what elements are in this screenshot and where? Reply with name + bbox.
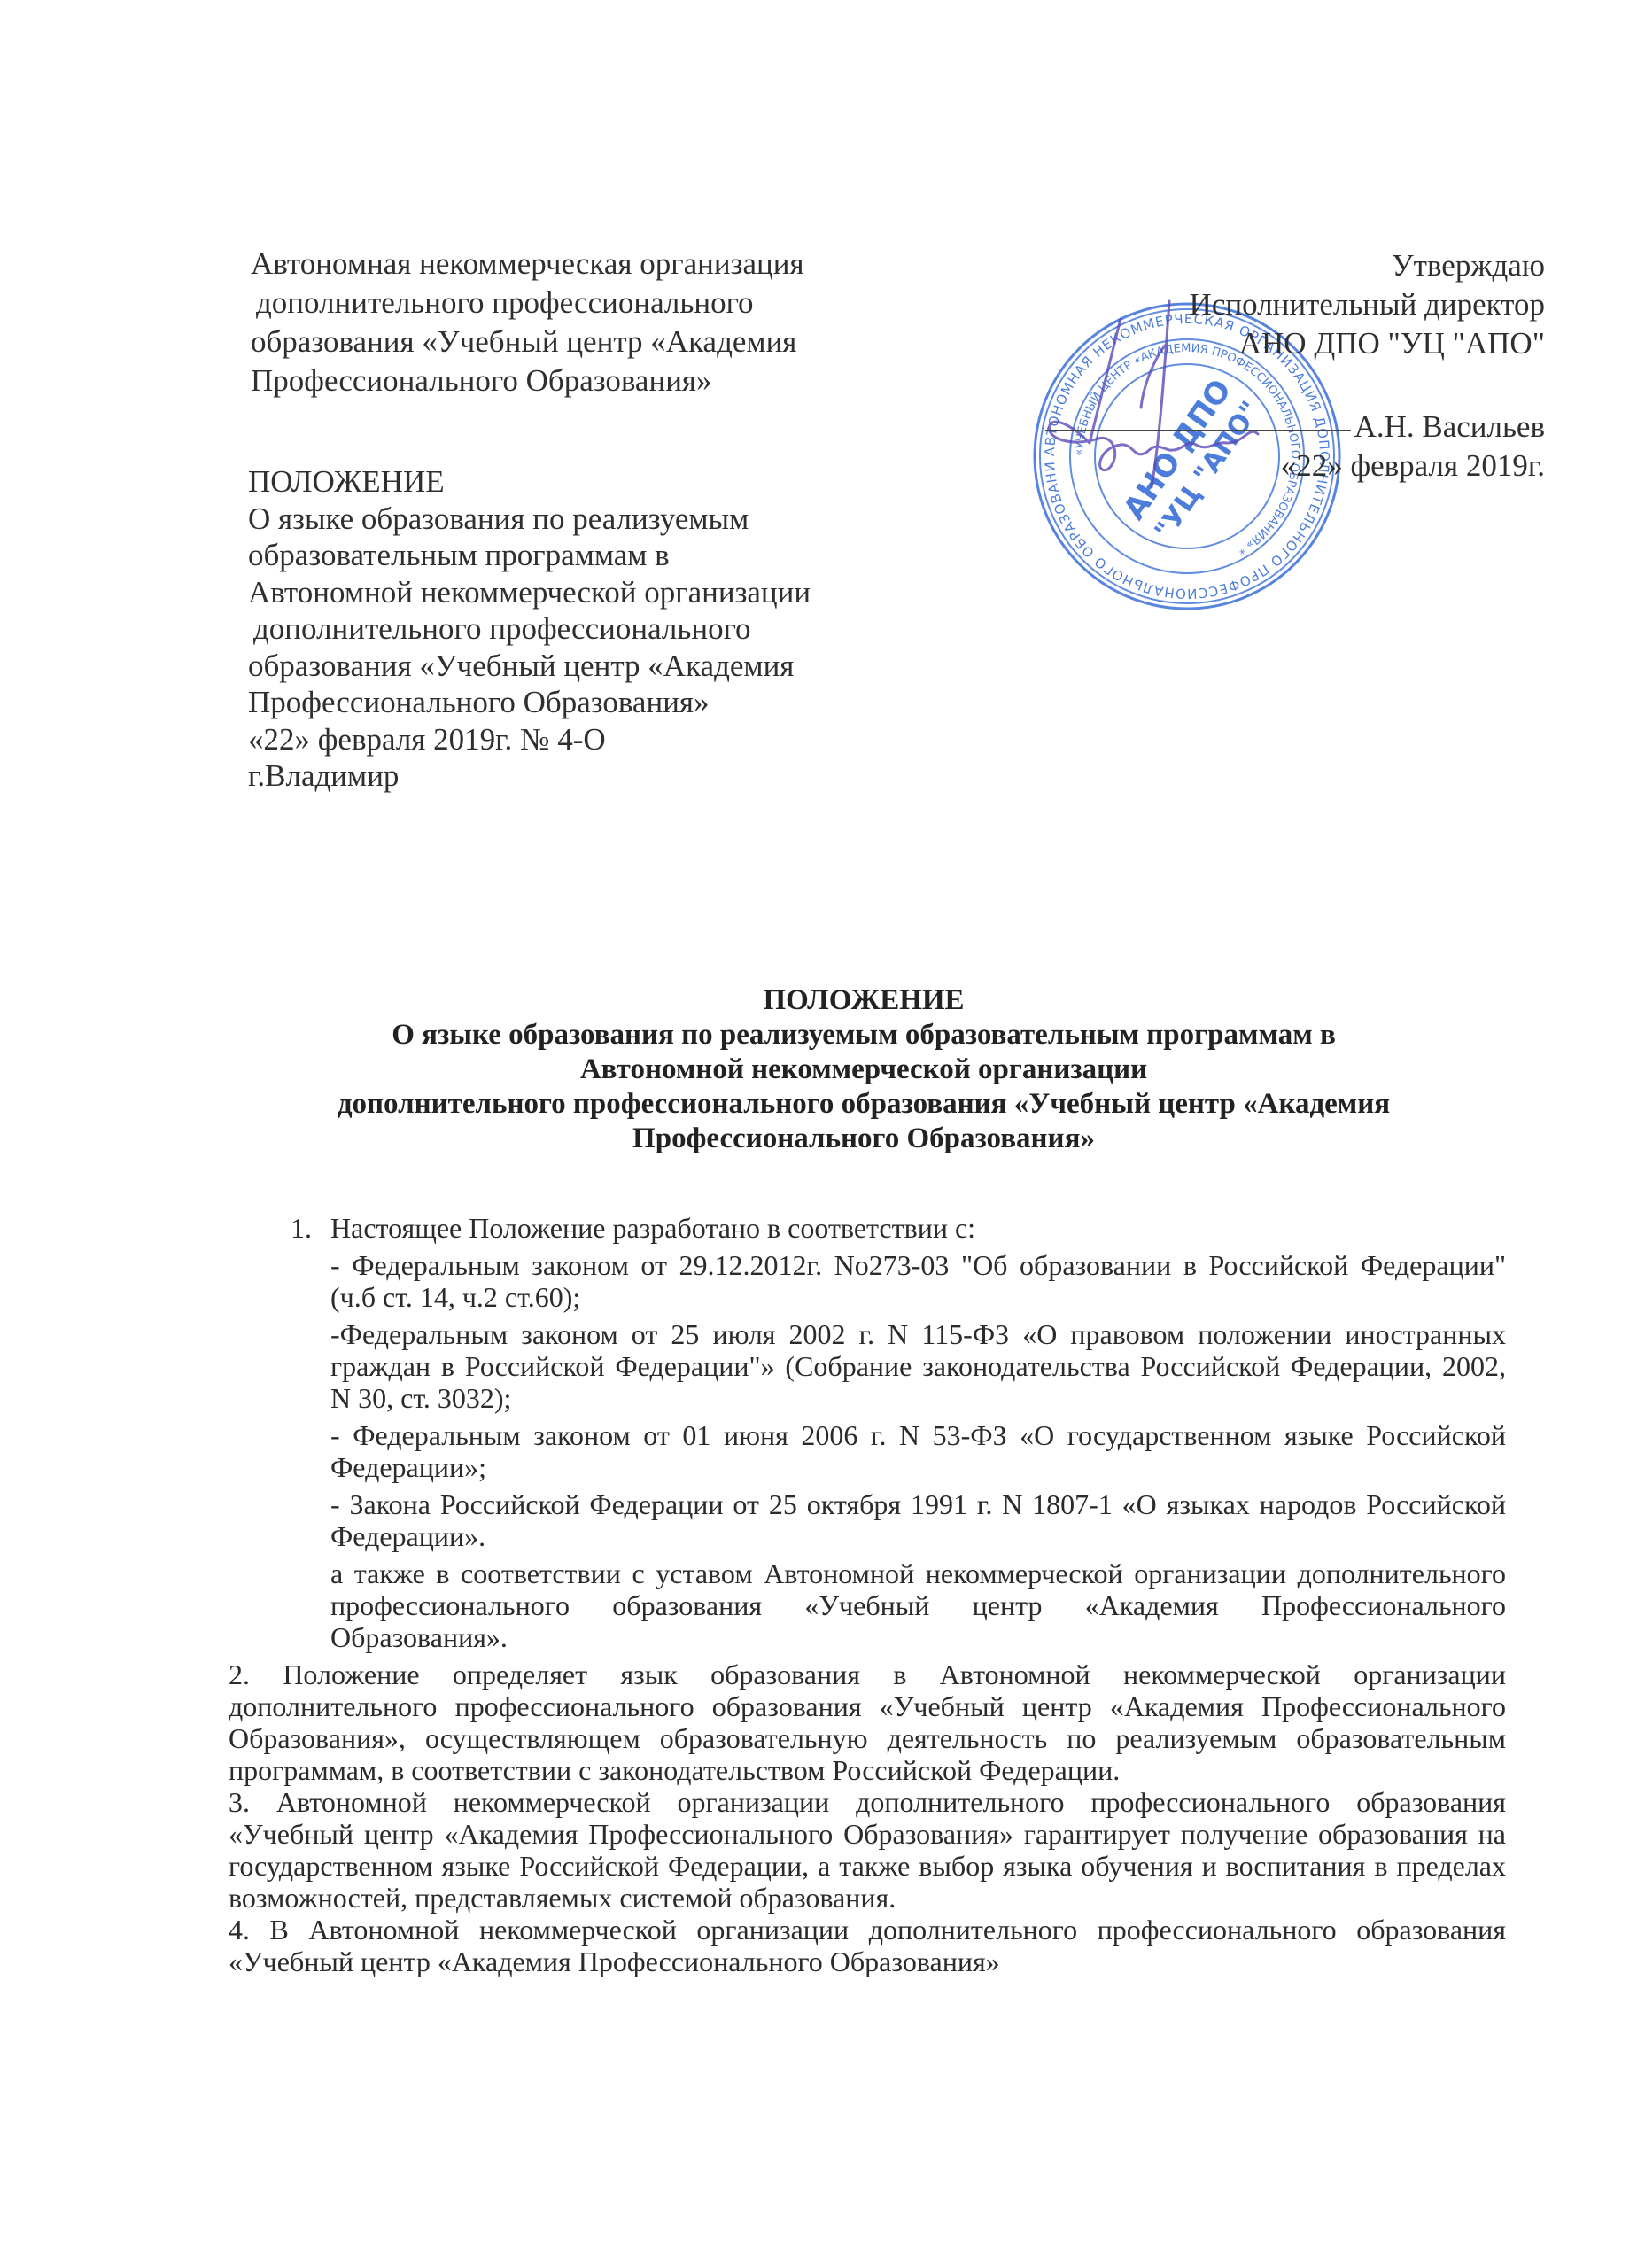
organization-header: Автономная некоммерческая организация до… <box>251 245 804 400</box>
clause-1: 1. Настоящее Положение разработано в соо… <box>229 1212 1506 1244</box>
clause-1-references: - Федеральным законом от 29.12.2012г. No… <box>330 1249 1506 1653</box>
meta-date-number: «22» февраля 2019г. № 4-О <box>248 721 811 758</box>
approval-signer: А.Н. Васильев <box>1190 408 1545 447</box>
meta-line: образования «Учебный центр «Академия <box>248 648 811 685</box>
document-page: Автономная некоммерческая организация до… <box>0 0 1645 2268</box>
approval-block: Утверждаю Исполнительный директор АНО ДП… <box>1190 246 1545 485</box>
meta-doc-type: ПОЛОЖЕНИЕ <box>248 463 811 501</box>
title-line: О языке образования по реализуемым образ… <box>221 1018 1506 1052</box>
reference-item: - Федеральным законом от 29.12.2012г. No… <box>330 1249 1506 1313</box>
clause-2: 2. Положение определяет язык образования… <box>229 1658 1506 1786</box>
clause-number: 1. <box>291 1212 312 1244</box>
document-body: 1. Настоящее Положение разработано в соо… <box>229 1212 1506 1977</box>
approval-date: «22» февраля 2019г. <box>1190 447 1545 485</box>
reference-item: - Федеральным законом от 01 июня 2006 г.… <box>330 1419 1506 1483</box>
document-meta: ПОЛОЖЕНИЕ О языке образования по реализу… <box>248 463 811 795</box>
meta-line: Автономной некоммерческой организации <box>248 574 811 611</box>
reference-item: - Закона Российской Федерации от 25 октя… <box>330 1488 1506 1552</box>
clause-1-intro: Настоящее Положение разработано в соотве… <box>330 1212 1506 1244</box>
title-line: Профессионального Образования» <box>221 1122 1506 1156</box>
approval-organization: АНО ДПО "УЦ "АПО" <box>1190 324 1545 363</box>
clause-4: 4. В Автономной некоммерческой организац… <box>229 1914 1506 1977</box>
meta-line: О языке образования по реализуемым <box>248 501 811 538</box>
title-line: ПОЛОЖЕНИЕ <box>221 983 1506 1018</box>
document-title: ПОЛОЖЕНИЕ О языке образования по реализу… <box>221 983 1506 1156</box>
approval-spacer <box>1190 363 1545 402</box>
org-line: Автономная некоммерческая организация <box>251 245 804 283</box>
reference-item: а также в соответствии с уставом Автоном… <box>330 1557 1506 1653</box>
signature-line <box>1045 430 1351 431</box>
meta-city: г.Владимир <box>248 757 811 795</box>
approval-position: Исполнительный директор <box>1190 285 1545 324</box>
meta-line: Профессионального Образования» <box>248 684 811 721</box>
org-line: дополнительного профессионального <box>251 283 804 322</box>
reference-item: -Федеральным законом от 25 июля 2002 г. … <box>330 1318 1506 1414</box>
title-line: Автономной некоммерческой организации <box>221 1052 1506 1087</box>
meta-line: образовательным программам в <box>248 537 811 574</box>
approval-title: Утверждаю <box>1190 246 1545 285</box>
title-line: дополнительного профессионального образо… <box>221 1087 1506 1122</box>
org-line: Профессионального Образования» <box>251 361 804 400</box>
meta-line: дополнительного профессионального <box>248 610 811 648</box>
org-line: образования «Учебный центр «Академия <box>251 322 804 361</box>
clause-3: 3. Автономной некоммерческой организации… <box>229 1786 1506 1914</box>
